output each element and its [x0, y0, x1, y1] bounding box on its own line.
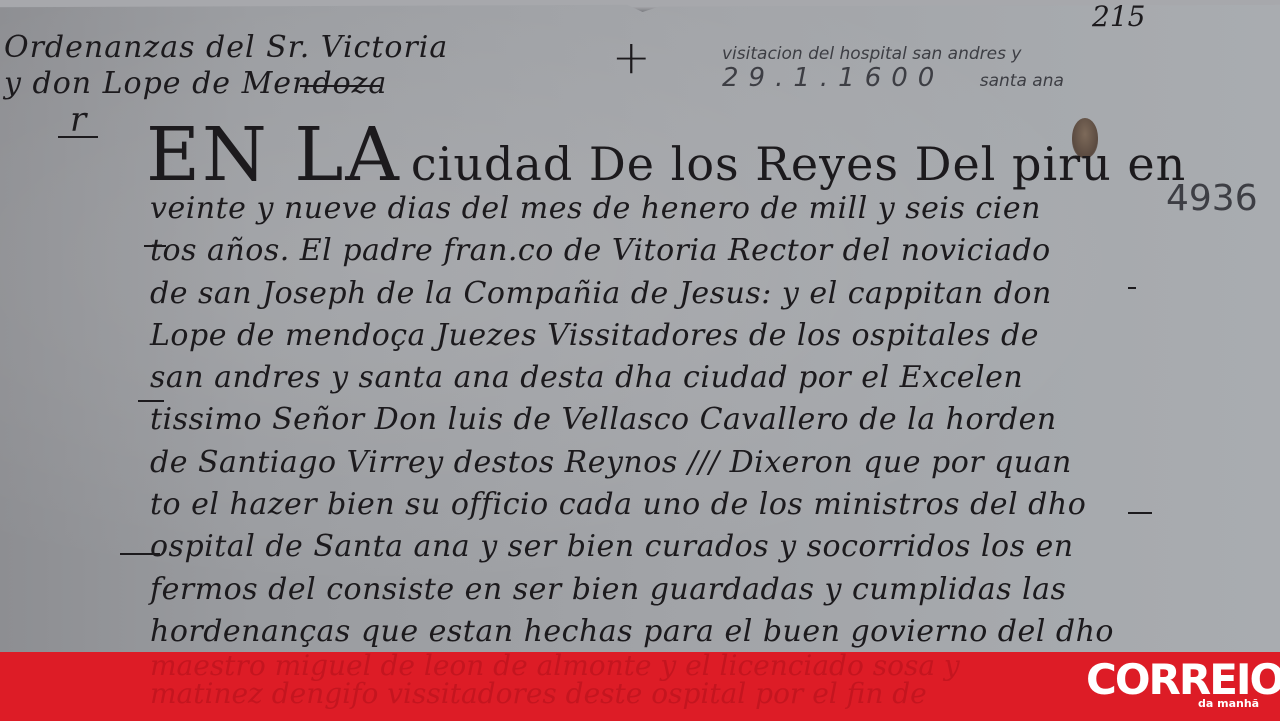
visit-note-date: 29.1.1600	[722, 63, 944, 93]
body-line: hordenanças que estan hechas para el bue…	[150, 611, 1140, 652]
header-note-line1: Ordenanzas del Sr. Victoria	[4, 30, 448, 65]
title-rest: ciudad De los Reyes Del piru en	[411, 137, 1186, 191]
manuscript-page: Ordenanzas del Sr. Victoria y don Lope d…	[0, 0, 1280, 652]
folio-number: 215	[1092, 0, 1145, 33]
body-line: san andres y santa ana desta dha ciudad …	[150, 357, 1140, 399]
title-initial-caps: EN LA	[146, 112, 401, 198]
logo-wordmark: CORREIO	[1086, 658, 1280, 702]
body-line: tissimo Señor Don luis de Vellasco Caval…	[150, 399, 1140, 441]
manuscript-body: veinte y nueve dias del mes de henero de…	[150, 188, 1140, 652]
line-flourish	[144, 245, 166, 247]
correio-da-manha-logo[interactable]: CORREIO da manhã	[1086, 658, 1276, 714]
header-note-line2: y don Lope de Mendoza	[4, 66, 448, 102]
body-line: Lope de mendoça Juezes Vissitadores de l…	[150, 315, 1140, 357]
margin-mark-underline	[58, 136, 98, 138]
line-flourish	[1128, 512, 1152, 514]
obscured-text: maestro miguel de leon de almonte y el l…	[150, 652, 1110, 708]
body-line: to el hazer bien su officio cada uno de …	[150, 484, 1140, 526]
logo-subtitle: da manhã	[1198, 698, 1259, 710]
header-underline	[300, 85, 380, 87]
body-line: fermos del consiste en ser bien guardada…	[150, 569, 1140, 611]
body-line: ospital de Santa ana y ser bien curados …	[150, 526, 1140, 568]
cross-mark: +	[612, 30, 651, 84]
line-flourish	[138, 400, 164, 402]
line-flourish	[120, 553, 160, 555]
body-line: tos años. El padre fran.co de Vitoria Re…	[150, 230, 1140, 272]
body-line: de Santiago Virrey destos Reynos /// Dix…	[150, 442, 1140, 484]
body-line: de san Joseph de la Compañia de Jesus: y…	[150, 273, 1140, 315]
brand-banner: maestro miguel de leon de almonte y el l…	[0, 652, 1280, 721]
torn-top-edge	[0, 0, 1280, 12]
visit-note: visitacion del hospital san andres y 29.…	[722, 42, 1064, 93]
obscured-line: matinez dengifo vissitadores deste ospit…	[150, 680, 1110, 708]
header-note: Ordenanzas del Sr. Victoria y don Lope d…	[4, 30, 448, 102]
margin-mark: r	[70, 100, 86, 140]
obscured-line: maestro miguel de leon de almonte y el l…	[150, 652, 1110, 680]
body-line: veinte y nueve dias del mes de henero de…	[150, 188, 1140, 230]
line-flourish	[1128, 287, 1136, 289]
document-title: EN LAciudad De los Reyes Del piru en	[146, 112, 1186, 198]
visit-note-place: santa ana	[980, 71, 1064, 91]
